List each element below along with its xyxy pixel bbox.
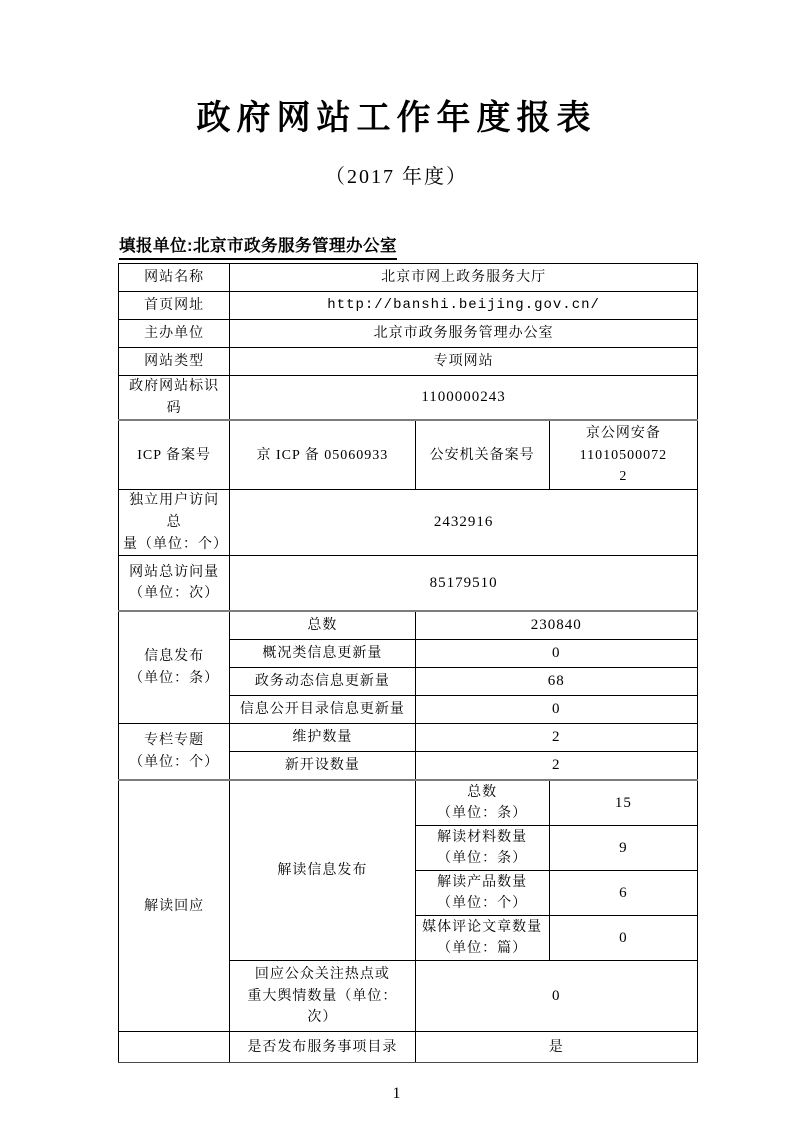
empty-group-cell xyxy=(119,1032,230,1063)
interp-total-value: 15 xyxy=(549,780,697,826)
maintained-count-label: 维护数量 xyxy=(230,724,415,752)
reporting-unit-line: 填报单位:北京市政务服务管理办公室 xyxy=(119,236,793,260)
table-row: 解读回应 解读信息发布 总数 （单位：条） 15 xyxy=(119,780,698,826)
table-row: 网站总访问量 （单位：次） 85179510 xyxy=(119,556,698,612)
site-id-label: 政府网站标识码 xyxy=(119,376,230,421)
table-row: 政府网站标识码 1100000243 xyxy=(119,376,698,421)
table-row: ICP 备案号 京 ICP 备 05060933 公安机关备案号 京公网安备 1… xyxy=(119,420,698,490)
document-page: 政府网站工作年度报表 （2017 年度） 填报单位:北京市政务服务管理办公室 网… xyxy=(0,0,793,1122)
security-filing-value: 京公网安备 11010500072 2 xyxy=(549,420,697,490)
organizer-label: 主办单位 xyxy=(119,320,230,348)
info-publish-group-label: 信息发布 （单位：条） xyxy=(119,611,230,724)
document-title: 政府网站工作年度报表 xyxy=(0,0,793,140)
gov-news-update-value: 68 xyxy=(415,668,698,696)
service-directory-value: 是 xyxy=(415,1032,698,1063)
media-comment-label: 媒体评论文章数量 （单位：篇） xyxy=(415,916,549,961)
interp-product-value: 6 xyxy=(549,871,697,916)
icp-label: ICP 备案号 xyxy=(119,420,230,490)
table-row: 首页网址 http://banshi.beijing.gov.cn/ xyxy=(119,292,698,320)
maintained-count-value: 2 xyxy=(415,724,698,752)
reporting-unit: 填报单位:北京市政务服务管理办公室 xyxy=(119,236,397,260)
new-count-label: 新开设数量 xyxy=(230,752,415,781)
media-comment-value: 0 xyxy=(549,916,697,961)
interp-material-value: 9 xyxy=(549,826,697,871)
unique-visitors-label: 独立用户访问总 量（单位：个） xyxy=(119,490,230,556)
info-total-label: 总数 xyxy=(230,611,415,640)
interpretation-publish-label: 解读信息发布 xyxy=(230,780,415,961)
table-row: 专栏专题 （单位：个） 维护数量 2 xyxy=(119,724,698,752)
interp-total-label: 总数 （单位：条） xyxy=(415,780,549,826)
icp-value: 京 ICP 备 05060933 xyxy=(230,420,415,490)
overview-update-value: 0 xyxy=(415,640,698,668)
service-directory-label: 是否发布服务事项目录 xyxy=(230,1032,415,1063)
table-row: 主办单位 北京市政务服务管理办公室 xyxy=(119,320,698,348)
hotspot-response-value: 0 xyxy=(415,961,698,1032)
table-row: 网站名称 北京市网上政务服务大厅 xyxy=(119,264,698,292)
security-filing-label: 公安机关备案号 xyxy=(415,420,549,490)
document-subtitle: （2017 年度） xyxy=(0,164,793,190)
interpretation-group-label: 解读回应 xyxy=(119,780,230,1032)
gov-news-update-label: 政务动态信息更新量 xyxy=(230,668,415,696)
table-row: 信息发布 （单位：条） 总数 230840 xyxy=(119,611,698,640)
unique-visitors-value: 2432916 xyxy=(230,490,698,556)
table-row: 网站类型 专项网站 xyxy=(119,348,698,376)
site-type-label: 网站类型 xyxy=(119,348,230,376)
table-row: 是否发布服务事项目录 是 xyxy=(119,1032,698,1063)
open-directory-update-label: 信息公开目录信息更新量 xyxy=(230,696,415,724)
homepage-url-value: http://banshi.beijing.gov.cn/ xyxy=(230,292,698,320)
hotspot-response-label: 回应公众关注热点或 重大舆情数量（单位： 次） xyxy=(230,961,415,1032)
total-visits-value: 85179510 xyxy=(230,556,698,612)
site-name-label: 网站名称 xyxy=(119,264,230,292)
organizer-value: 北京市政务服务管理办公室 xyxy=(230,320,698,348)
overview-update-label: 概况类信息更新量 xyxy=(230,640,415,668)
site-id-value: 1100000243 xyxy=(230,376,698,421)
new-count-value: 2 xyxy=(415,752,698,781)
interp-product-label: 解读产品数量 （单位：个） xyxy=(415,871,549,916)
total-visits-label: 网站总访问量 （单位：次） xyxy=(119,556,230,612)
page-number: 1 xyxy=(0,1085,793,1103)
site-name-value: 北京市网上政务服务大厅 xyxy=(230,264,698,292)
site-type-value: 专项网站 xyxy=(230,348,698,376)
columns-topics-group-label: 专栏专题 （单位：个） xyxy=(119,724,230,781)
homepage-url-label: 首页网址 xyxy=(119,292,230,320)
interp-material-label: 解读材料数量 （单位：条） xyxy=(415,826,549,871)
annual-report-table: 网站名称 北京市网上政务服务大厅 首页网址 http://banshi.beij… xyxy=(118,263,698,1063)
open-directory-update-value: 0 xyxy=(415,696,698,724)
info-total-value: 230840 xyxy=(415,611,698,640)
table-row: 独立用户访问总 量（单位：个） 2432916 xyxy=(119,490,698,556)
